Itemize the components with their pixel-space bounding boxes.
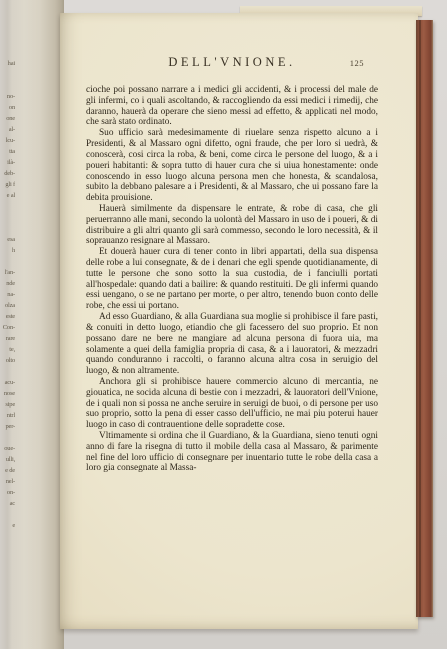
facing-page-fragment: ac (0, 500, 15, 507)
paragraph-5: Ad esso Guardiano, & alla Guardiana sua … (86, 312, 378, 377)
facing-page-fragment: rare (0, 335, 15, 342)
running-header: DELL'VNIONE. 125 (86, 55, 378, 85)
facing-page-fragment: oue- (0, 445, 15, 452)
facing-page-fragment: one (0, 115, 15, 122)
facing-page-fragment: no- (0, 93, 15, 100)
facing-page-fragment: este (0, 313, 15, 320)
facing-page-fragment: nde (0, 280, 15, 287)
facing-page-fragment: per- (0, 423, 15, 430)
facing-page-fragment: deb- (0, 170, 15, 177)
facing-page-fragment: on- (0, 489, 15, 496)
facing-page-fragment: on (0, 104, 15, 111)
facing-page-fragment: sipe (0, 401, 15, 408)
paragraph-6: Anchora gli si prohibisce hauere commerc… (86, 377, 378, 431)
binding-leather-edge (416, 20, 433, 617)
printed-text-area: DELL'VNIONE. 125 cioche poi possano narr… (86, 55, 378, 474)
text-block: cioche poi possano narrare a i medici gl… (86, 85, 378, 474)
running-header-title: DELL'VNIONE. (86, 55, 378, 70)
facing-page-fragment: na- (0, 291, 15, 298)
facing-page-fragment: nose (0, 390, 15, 397)
book-photo-scene: haino-ononeal-lcu-ttailà-deb-gli fe ales… (0, 0, 447, 649)
facing-page-fragment: e (0, 522, 15, 529)
facing-page-fragment: ntrl (0, 412, 15, 419)
facing-page-fragment: esa (0, 236, 15, 243)
facing-page-fragment: e al (0, 192, 15, 199)
paragraph-3: Hauerà similmente da dispensare le entra… (86, 204, 378, 247)
book-page: DELL'VNIONE. 125 cioche poi possano narr… (60, 13, 418, 629)
facing-page-fore-edge: haino-ononeal-lcu-ttailà-deb-gli fe ales… (0, 0, 64, 649)
facing-page-fragment: h (0, 247, 15, 254)
facing-page-fragment: e de (0, 467, 15, 474)
facing-page-fragment: gli f (0, 181, 15, 188)
facing-page-fragment: olto (0, 357, 15, 364)
paragraph-1: cioche poi possano narrare a i medici gl… (86, 85, 378, 128)
facing-page-fragment: al- (0, 126, 15, 133)
page-number: 125 (350, 58, 364, 68)
paragraph-4: Et douerà hauer cura di tener conto in l… (86, 247, 378, 312)
facing-page-fragment: ilà- (0, 159, 15, 166)
facing-page-fragment: Con- (0, 324, 15, 331)
facing-page-fragment: hai (0, 60, 15, 67)
facing-page-fragment: lcu- (0, 137, 15, 144)
facing-page-fragment: te, (0, 346, 15, 353)
paragraph-2: Suo ufficio sarà medesimamente di riuela… (86, 128, 378, 204)
facing-page-fragment: ulli, (0, 456, 15, 463)
facing-page-fragment: tta (0, 148, 15, 155)
facing-page-fragment: acu- (0, 379, 15, 386)
paragraph-7: Vltimamente si ordina che il Guardiano, … (86, 431, 378, 474)
facing-page-fragment: l'an- (0, 269, 15, 276)
facing-page-fragment: nel- (0, 478, 15, 485)
facing-page-fragment: olza (0, 302, 15, 309)
